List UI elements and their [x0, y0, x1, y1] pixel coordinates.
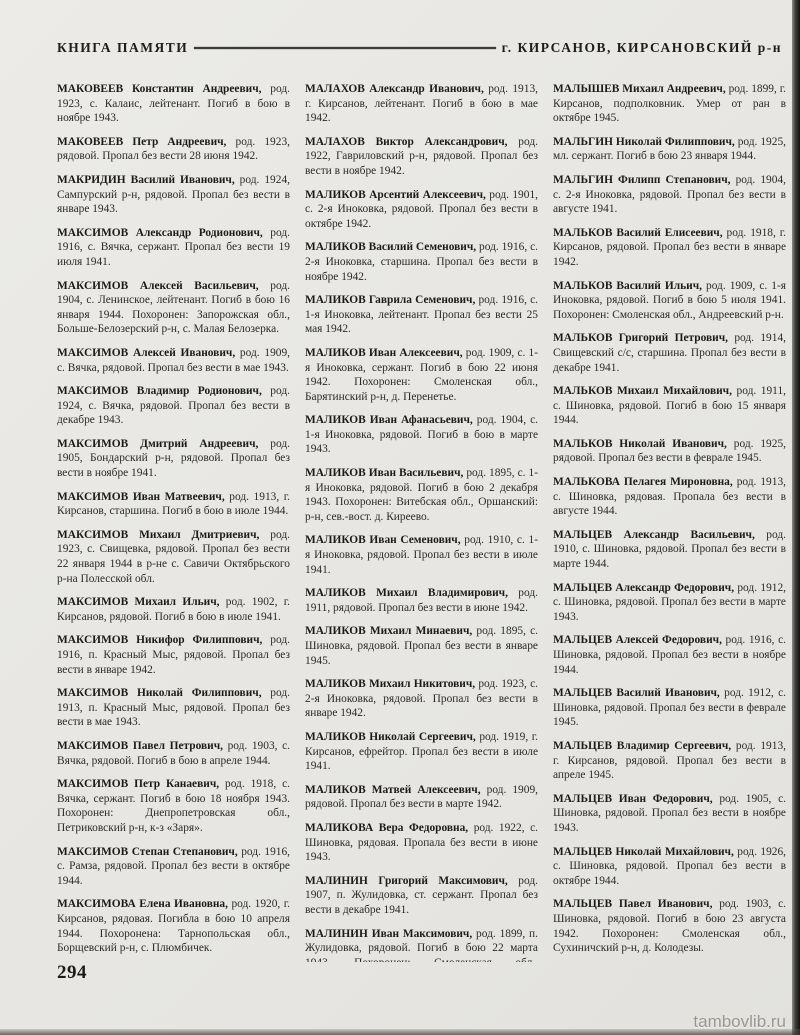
memorial-entry: МАЛЬКОВ Михаил Михайлович, род. 1911, с.… — [553, 384, 786, 428]
entry-surname: МАЛИКОВА Вера Федоровна, — [305, 822, 468, 834]
memorial-entry: МАКСИМОВ Павел Петрович, род. 1903, с. В… — [57, 739, 290, 768]
entry-surname: МАКСИМОВ Петр Канаевич, — [57, 778, 219, 790]
memorial-entry: МАКСИМОВ Степан Степанович, род. 1916, с… — [57, 845, 290, 889]
entry-surname: МАЛЬЦЕВ Алексей Федорович, — [553, 634, 722, 646]
entry-surname: МАЛИКОВ Гаврила Семенович, — [305, 294, 475, 306]
entry-surname: МАЛИНИН Григорий Максимович, — [305, 875, 508, 887]
entry-surname: МАЛЬЦЕВ Владимир Сергеевич, — [553, 740, 731, 752]
memorial-entry: МАЛИКОВ Иван Алексеевич, род. 1909, с. 1… — [305, 346, 538, 404]
memorial-entry: МАЛЬГИН Филипп Степанович, род. 1904, с.… — [553, 173, 786, 217]
memorial-entry: МАЛИКОВА Вера Федоровна, род. 1922, с. Ш… — [305, 821, 538, 865]
memorial-entry: МАЛИКОВ Михаил Владимирович, род. 1911, … — [305, 586, 538, 615]
entry-surname: МАКСИМОВ Владимир Родионович, — [57, 385, 262, 397]
entry-surname: МАЛИКОВ Николай Сергеевич, — [305, 731, 476, 743]
entry-surname: МАЛИКОВ Матвей Алексеевич, — [305, 784, 481, 796]
entry-surname: МАЛИКОВ Иван Васильевич, — [305, 467, 463, 479]
entry-surname: МАКСИМОВ Никифор Филиппович, — [57, 634, 262, 646]
memorial-entry: МАКСИМОВ Алексей Васильевич, род. 1904, … — [57, 279, 290, 337]
memorial-entry: МАКСИМОВ Николай Филиппович, род. 1913, … — [57, 686, 290, 730]
entry-surname: МАКСИМОВА Елена Ивановна, — [57, 898, 228, 910]
memorial-entry: МАЛИНИН Григорий Максимович, род. 1907, … — [305, 874, 538, 918]
entry-surname: МАКСИМОВ Алексей Васильевич, — [57, 280, 259, 292]
memorial-entry: МАКСИМОВ Владимир Родионович, род. 1924,… — [57, 384, 290, 428]
entry-surname: МАКОВЕЕВ Константин Андреевич, — [57, 83, 261, 95]
entry-surname: МАЛЬКОВ Василий Ильич, — [553, 280, 702, 292]
memorial-entry: МАКРИДИН Василий Иванович, род. 1924, Са… — [57, 173, 290, 217]
memorial-entry: МАЛЬЦЕВ Александр Васильевич, род. 1910,… — [553, 528, 786, 572]
entry-surname: МАЛЬКОВ Николай Иванович, — [553, 438, 727, 450]
entry-surname: МАЛИКОВ Василий Семенович, — [305, 241, 476, 253]
entry-surname: МАЛЬЦЕВ Александр Федорович, — [553, 582, 734, 594]
memorial-entry: МАЛЬЦЕВ Владимир Сергеевич, род. 1913, г… — [553, 739, 786, 783]
header-right-title: г. КИРСАНОВ, КИРСАНОВСКИЙ р-н — [502, 40, 782, 56]
entry-surname: МАЛИКОВ Иван Алексеевич, — [305, 347, 463, 359]
memorial-entry: МАЛАХОВ Александр Иванович, род. 1913, г… — [305, 82, 538, 126]
memorial-entry: МАКСИМОВ Александр Родионович, род. 1916… — [57, 226, 290, 270]
entry-surname: МАЛЬЦЕВ Павел Иванович, — [553, 898, 712, 910]
entry-surname: МАЛЬЦЕВ Василий Иванович, — [553, 687, 720, 699]
entry-surname: МАЛЬЦЕВ Николай Михайлович, — [553, 846, 734, 858]
memorial-entry: МАЛЬГИН Николай Филиппович, род. 1925, м… — [553, 135, 786, 164]
memorial-entry: МАЛЬКОВ Николай Иванович, род. 1925, ряд… — [553, 437, 786, 466]
memorial-entry: МАЛИКОВ Михаил Минаевич, род. 1895, с. Ш… — [305, 624, 538, 668]
entry-surname: МАКСИМОВ Степан Степанович, — [57, 846, 238, 858]
entry-surname: МАЛИКОВ Иван Семенович, — [305, 534, 461, 546]
scan-edge-bottom — [0, 1029, 800, 1035]
memorial-entry: МАКСИМОВА Елена Ивановна, род. 1920, г. … — [57, 897, 290, 955]
entry-surname: МАКСИМОВ Павел Петрович, — [57, 740, 223, 752]
entry-surname: МАЛЬКОВ Василий Елисеевич, — [553, 227, 723, 239]
entries-columns: МАКОВЕЕВ Константин Андреевич, род. 1923… — [0, 56, 800, 962]
memorial-entry: МАЛЬКОВ Василий Елисеевич, род. 1918, г.… — [553, 226, 786, 270]
memorial-entry: МАКОВЕЕВ Петр Андреевич, род. 1923, рядо… — [57, 135, 290, 164]
header-rule — [194, 47, 495, 49]
memorial-entry: МАЛЬЦЕВ Алексей Федорович, род. 1916, с.… — [553, 633, 786, 677]
memorial-entry: МАЛИКОВ Матвей Алексеевич, род. 1909, ря… — [305, 783, 538, 812]
memorial-entry: МАКСИМОВ Иван Матвеевич, род. 1913, г. К… — [57, 490, 290, 519]
entry-surname: МАЛИНИН Иван Максимович, — [305, 928, 472, 940]
entries-column-2: МАЛАХОВ Александр Иванович, род. 1913, г… — [305, 82, 538, 962]
entry-surname: МАЛЬКОВА Пелагея Мироновна, — [553, 476, 733, 488]
entry-surname: МАКОВЕЕВ Петр Андреевич, — [57, 136, 226, 148]
entry-surname: МАЛИКОВ Арсентий Алексеевич, — [305, 189, 486, 201]
entry-surname: МАКСИМОВ Михаил Дмитриевич, — [57, 529, 259, 541]
memorial-entry: МАЛИНИН Иван Максимович, род. 1899, п. Ж… — [305, 927, 538, 963]
book-page: КНИГА ПАМЯТИ г. КИРСАНОВ, КИРСАНОВСКИЙ р… — [0, 0, 800, 1035]
memorial-entry: МАЛЬЦЕВ Иван Федорович, род. 1905, с. Ши… — [553, 792, 786, 836]
entry-surname: МАЛАХОВ Александр Иванович, — [305, 83, 484, 95]
memorial-entry: МАЛИКОВ Иван Семенович, род. 1910, с. 1-… — [305, 533, 538, 577]
memorial-entry: МАЛАХОВ Виктор Александрович, род. 1922,… — [305, 135, 538, 179]
memorial-entry: МАЛЬЦЕВ Александр Федорович, род. 1912, … — [553, 581, 786, 625]
memorial-entry: МАЛЫШЕВ Михаил Андреевич, род. 1899, г. … — [553, 82, 786, 126]
page-header: КНИГА ПАМЯТИ г. КИРСАНОВ, КИРСАНОВСКИЙ р… — [0, 0, 800, 56]
memorial-entry: МАЛИКОВ Иван Васильевич, род. 1895, с. 1… — [305, 466, 538, 524]
entry-surname: МАКСИМОВ Николай Филиппович, — [57, 687, 262, 699]
entry-surname: МАКСИМОВ Александр Родионович, — [57, 227, 263, 239]
entry-surname: МАЛЬЦЕВ Иван Федорович, — [553, 793, 713, 805]
entries-column-3: МАЛЫШЕВ Михаил Андреевич, род. 1899, г. … — [553, 82, 786, 962]
memorial-entry: МАЛЬЦЕВ Василий Иванович, род. 1912, с. … — [553, 686, 786, 730]
memorial-entry: МАКСИМОВ Петр Канаевич, род. 1918, с. Вя… — [57, 777, 290, 835]
memorial-entry: МАКСИМОВ Алексей Иванович, род. 1909, с.… — [57, 346, 290, 375]
entry-surname: МАЛИКОВ Михаил Минаевич, — [305, 625, 472, 637]
entry-surname: МАЛЬГИН Филипп Степанович, — [553, 174, 731, 186]
memorial-entry: МАЛИКОВ Иван Афанасьевич, род. 1904, с. … — [305, 413, 538, 457]
entry-surname: МАЛЬКОВ Михаил Михайлович, — [553, 385, 732, 397]
memorial-entry: МАКОВЕЕВ Константин Андреевич, род. 1923… — [57, 82, 290, 126]
memorial-entry: МАЛЬКОВА Пелагея Мироновна, род. 1913, с… — [553, 475, 786, 519]
memorial-entry: МАЛИКОВ Михаил Никитович, род. 1923, с. … — [305, 677, 538, 721]
entry-surname: МАКРИДИН Василий Иванович, — [57, 174, 235, 186]
entry-surname: МАЛИКОВ Иван Афанасьевич, — [305, 414, 473, 426]
entry-surname: МАЛЬКОВ Григорий Петрович, — [553, 332, 728, 344]
page-number: 294 — [57, 962, 87, 984]
entries-column-1: МАКОВЕЕВ Константин Андреевич, род. 1923… — [57, 82, 290, 962]
memorial-entry: МАЛЬКОВ Григорий Петрович, род. 1914, Св… — [553, 331, 786, 375]
entry-surname: МАКСИМОВ Михаил Ильич, — [57, 596, 219, 608]
memorial-entry: МАЛИКОВ Николай Сергеевич, род. 1919, г.… — [305, 730, 538, 774]
memorial-entry: МАЛЬЦЕВ Павел Иванович, род. 1903, с. Ши… — [553, 897, 786, 955]
entry-surname: МАЛАХОВ Виктор Александрович, — [305, 136, 507, 148]
memorial-entry: МАЛИКОВ Василий Семенович, род. 1916, с.… — [305, 240, 538, 284]
memorial-entry: МАЛИКОВ Арсентий Алексеевич, род. 1901, … — [305, 188, 538, 232]
memorial-entry: МАЛЬЦЕВ Николай Михайлович, род. 1926, с… — [553, 845, 786, 889]
entry-surname: МАЛИКОВ Михаил Владимирович, — [305, 587, 508, 599]
memorial-entry: МАКСИМОВ Дмитрий Андреевич, род. 1905, Б… — [57, 437, 290, 481]
memorial-entry: МАКСИМОВ Михаил Ильич, род. 1902, г. Кир… — [57, 595, 290, 624]
scan-edge-right — [792, 0, 800, 1035]
memorial-entry: МАКСИМОВ Никифор Филиппович, род. 1916, … — [57, 633, 290, 677]
memorial-entry: МАЛИКОВ Гаврила Семенович, род. 1916, с.… — [305, 293, 538, 337]
memorial-entry: МАЛЬКОВ Василий Ильич, род. 1909, с. 1-я… — [553, 279, 786, 323]
entry-surname: МАЛИКОВ Михаил Никитович, — [305, 678, 475, 690]
entry-surname: МАЛЫШЕВ Михаил Андреевич, — [553, 83, 726, 95]
header-left-title: КНИГА ПАМЯТИ — [57, 40, 188, 56]
entry-surname: МАКСИМОВ Алексей Иванович, — [57, 347, 235, 359]
memorial-entry: МАКСИМОВ Михаил Дмитриевич, род. 1923, с… — [57, 528, 290, 586]
entry-surname: МАКСИМОВ Дмитрий Андреевич, — [57, 438, 258, 450]
entry-surname: МАЛЬГИН Николай Филиппович, — [553, 136, 735, 148]
entry-surname: МАЛЬЦЕВ Александр Васильевич, — [553, 529, 755, 541]
entry-surname: МАКСИМОВ Иван Матвеевич, — [57, 491, 225, 503]
